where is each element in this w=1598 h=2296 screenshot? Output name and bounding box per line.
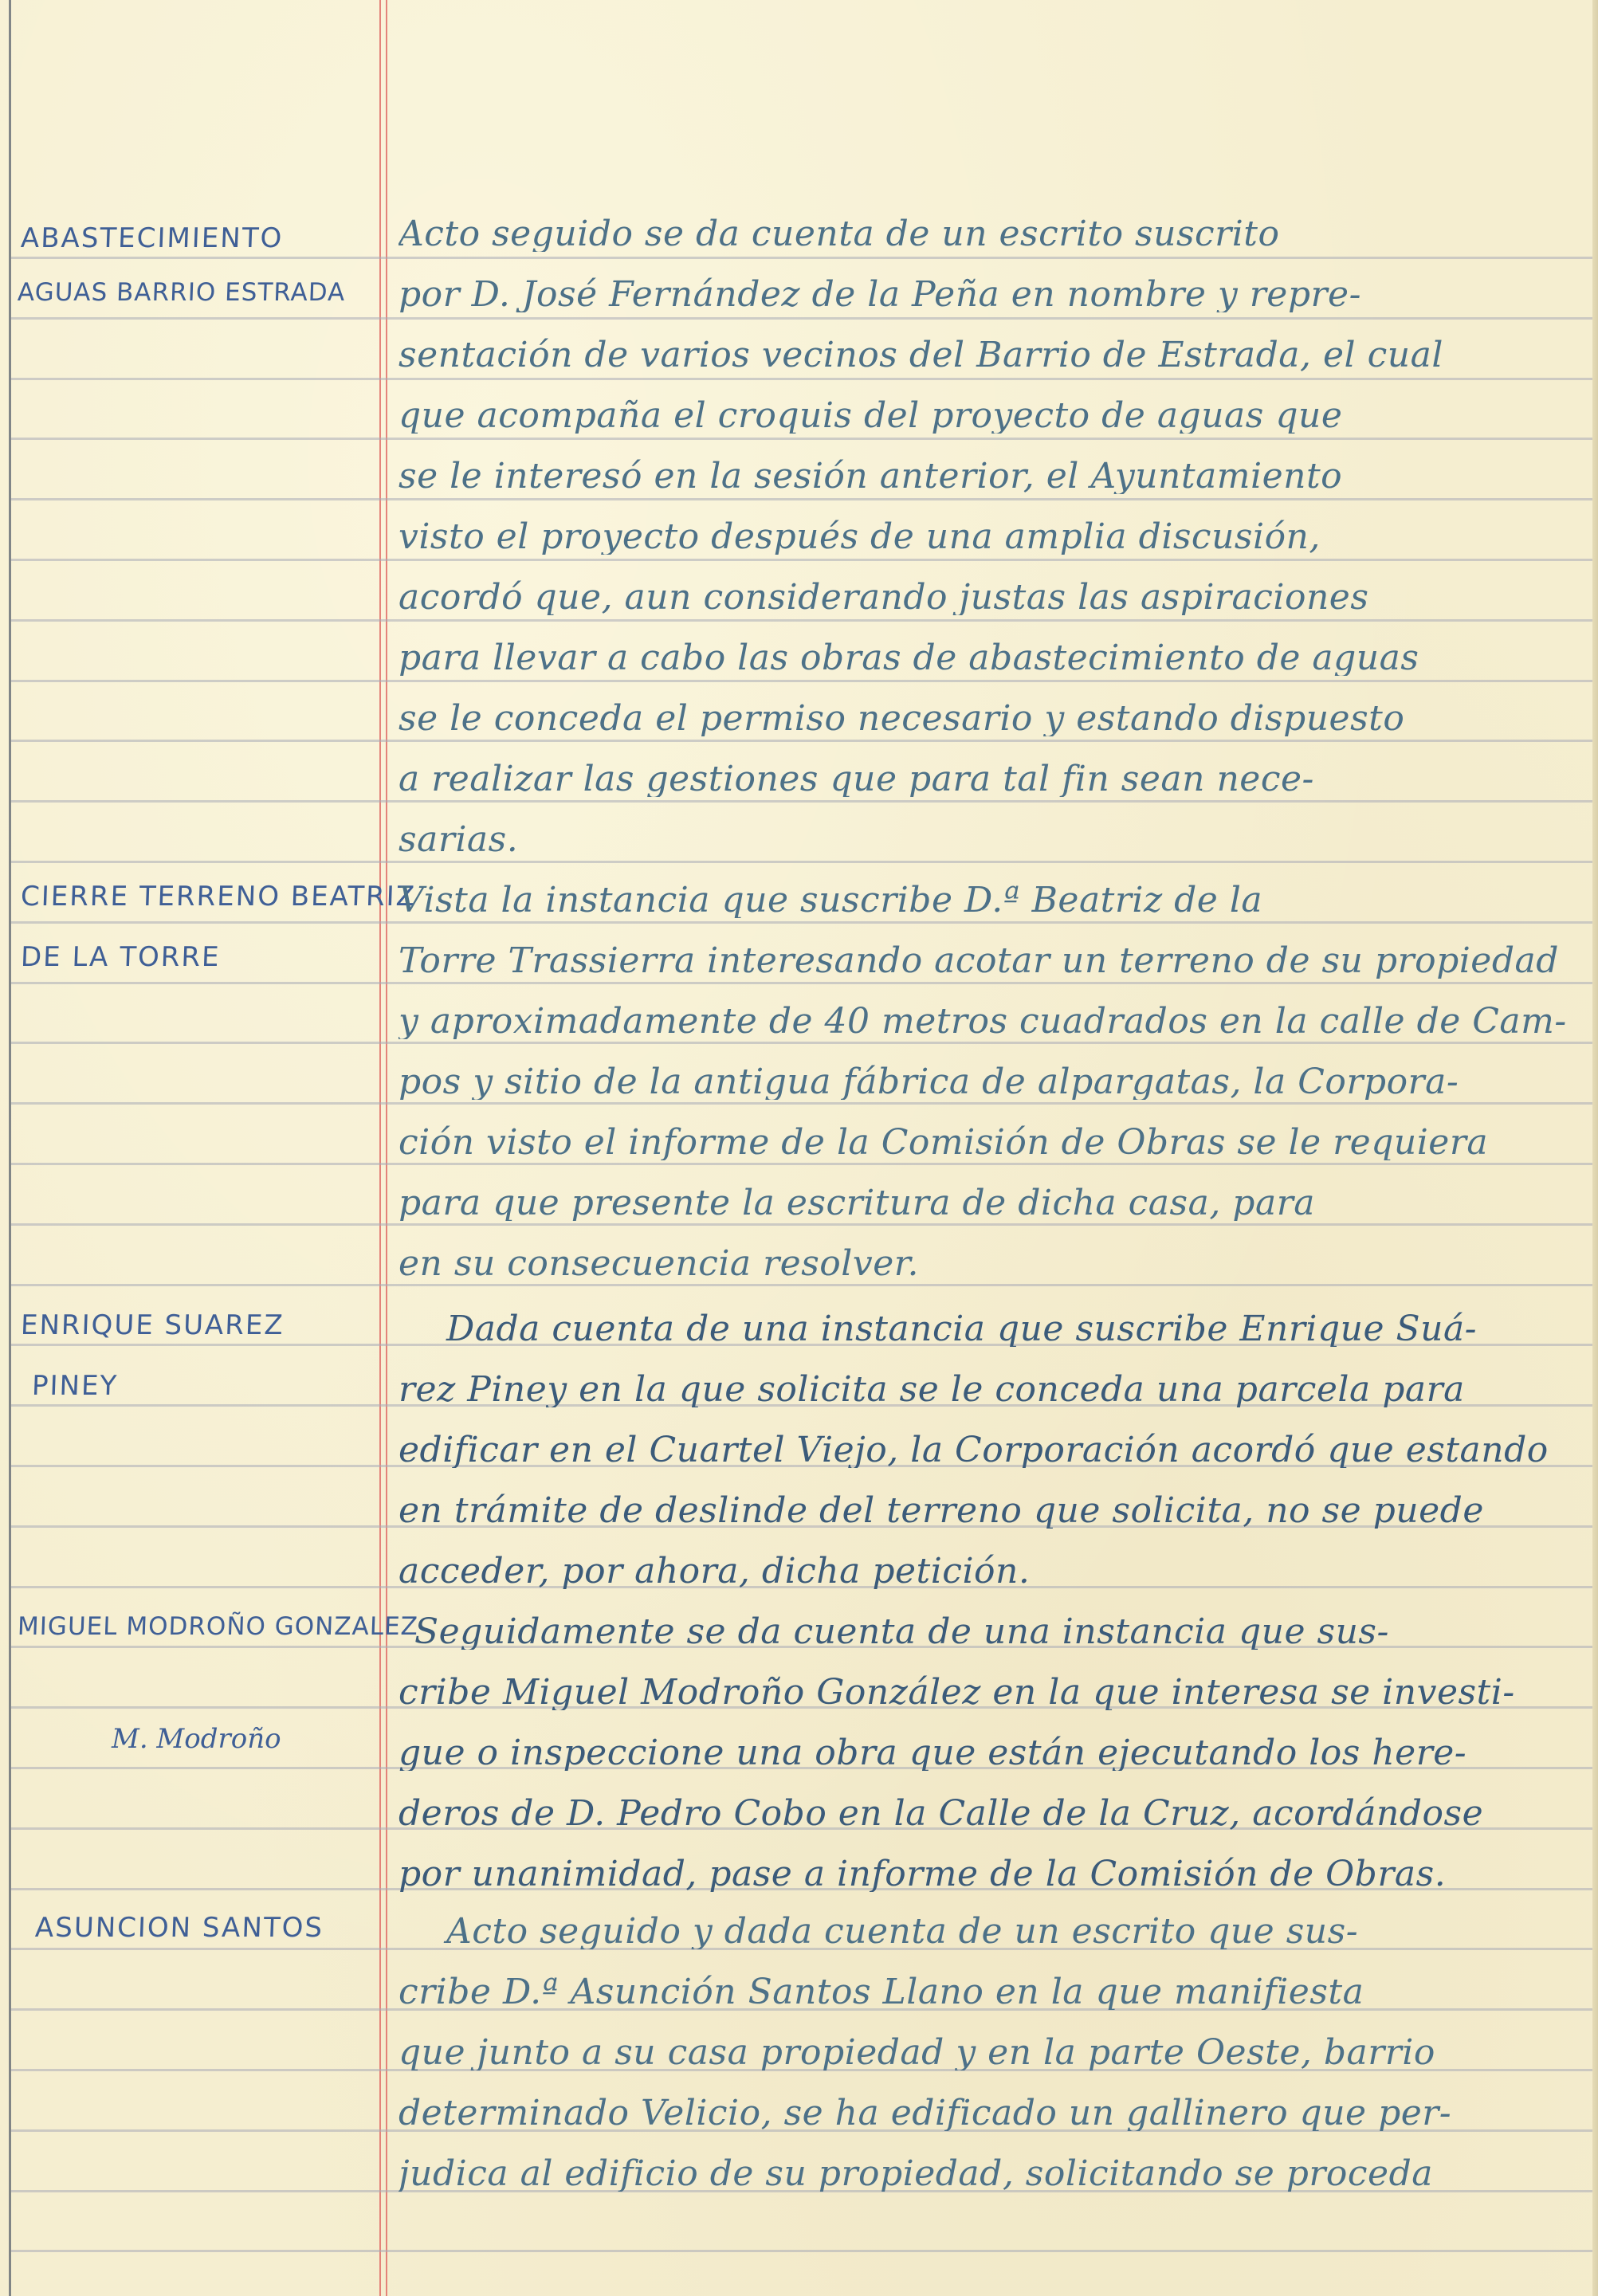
body-line: ción visto el informe de la Comisión de …	[399, 1125, 1578, 1160]
page-right-edge	[1592, 0, 1598, 2296]
body-line: sentación de varios vecinos del Barrio d…	[399, 338, 1578, 373]
rule-line	[11, 800, 1592, 803]
margin-heading: PINEY	[31, 1372, 118, 1399]
body-line: para que presente la escritura de dicha …	[399, 1186, 1578, 1221]
body-line: edificar en el Cuartel Viejo, la Corpora…	[399, 1433, 1578, 1468]
rule-line	[11, 619, 1592, 622]
body-line: deros de D. Pedro Cobo en la Calle de la…	[399, 1796, 1578, 1831]
margin-heading: ASUNCION SANTOS	[34, 1914, 324, 1941]
body-line: cribe D.ª Asunción Santos Llano en la qu…	[399, 1975, 1578, 2010]
body-line: por unanimidad, pase a informe de la Com…	[399, 1857, 1578, 1892]
rule-line	[11, 982, 1592, 984]
body-line: Vista la instancia que suscribe D.ª Beat…	[399, 883, 1578, 918]
body-line: acceder, por ahora, dicha petición.	[399, 1554, 1578, 1589]
body-line: sarias.	[399, 822, 1578, 858]
body-line: se le interesó en la sesión anterior, el…	[399, 459, 1578, 494]
body-line: cribe Miguel Modroño González en la que …	[399, 1675, 1578, 1710]
body-line: judica al edificio de su propiedad, soli…	[399, 2157, 1578, 2192]
body-line: acordó que, aun considerando justas las …	[399, 580, 1578, 615]
rule-line	[11, 378, 1592, 380]
body-line: rez Piney en la que solicita se le conce…	[399, 1372, 1578, 1407]
body-line: visto el proyecto después de una amplia …	[399, 520, 1578, 555]
rule-line	[11, 1102, 1592, 1105]
body-line: Dada cuenta de una instancia que suscrib…	[399, 1312, 1578, 1347]
margin-heading: MIGUEL MODROÑO GONZALEZ	[17, 1615, 418, 1639]
rule-line	[11, 1223, 1592, 1226]
margin-line	[386, 0, 387, 2296]
body-line: para llevar a cabo las obras de abasteci…	[399, 641, 1578, 676]
body-line: determinado Velicio, se ha edificado un …	[399, 2096, 1578, 2131]
rule-line	[11, 1042, 1592, 1044]
body-line: y aproximadamente de 40 metros cuadrados…	[399, 1004, 1578, 1039]
margin-heading: DE LA TORRE	[20, 944, 221, 971]
rule-line	[11, 921, 1592, 924]
page-left-border	[9, 0, 11, 2296]
rule-line	[11, 498, 1592, 500]
body-line: que acompaña el croquis del proyecto de …	[399, 398, 1578, 434]
body-line: se le conceda el permiso necesario y est…	[399, 701, 1578, 736]
rule-line	[11, 1284, 1592, 1286]
rule-line	[11, 2250, 1592, 2252]
margin-heading: AGUAS BARRIO ESTRADA	[17, 281, 345, 305]
margin-heading: CIERRE TERRENO BEATRIZ	[20, 883, 416, 910]
body-line: Acto seguido y dada cuenta de un escrito…	[399, 1914, 1578, 1949]
marginal-annotation: M. Modroño	[112, 1723, 281, 1755]
margin-line	[379, 0, 381, 2296]
rule-line	[11, 257, 1592, 259]
body-line: Seguidamente se da cuenta de una instanc…	[414, 1615, 1594, 1650]
rule-line	[11, 559, 1592, 561]
rule-line	[11, 317, 1592, 320]
body-line: que junto a su casa propiedad y en la pa…	[399, 2035, 1578, 2070]
rule-line	[11, 740, 1592, 742]
body-line: gue o inspeccione una obra que están eje…	[399, 1736, 1578, 1771]
rule-line	[11, 1163, 1592, 1165]
rule-line	[11, 861, 1592, 863]
margin-heading: ENRIQUE SUAREZ	[20, 1312, 285, 1339]
body-line: por D. José Fernández de la Peña en nomb…	[399, 277, 1578, 312]
rule-line	[11, 438, 1592, 440]
body-line: pos y sitio de la antigua fábrica de alp…	[399, 1065, 1578, 1100]
body-line: en su consecuencia resolver.	[399, 1246, 1578, 1281]
margin-heading: ABASTECIMIENTO	[20, 225, 283, 252]
ledger-page: ABASTECIMIENTO AGUAS BARRIO ESTRADA CIER…	[0, 0, 1598, 2296]
body-line: en trámite de deslinde del terreno que s…	[399, 1493, 1578, 1529]
body-line: Torre Trassierra interesando acotar un t…	[399, 944, 1578, 979]
body-line: a realizar las gestiones que para tal fi…	[399, 762, 1578, 797]
rule-line	[11, 680, 1592, 682]
body-line: Acto seguido se da cuenta de un escrito …	[399, 217, 1578, 252]
